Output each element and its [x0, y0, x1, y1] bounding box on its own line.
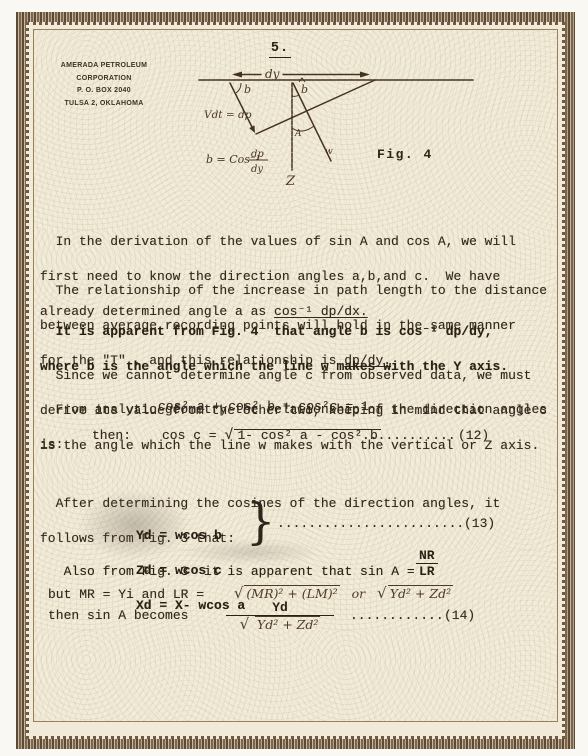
angle-b-right-arc [292, 95, 299, 96]
paragraph-3-line-1: It is apparent from Fig. 4 that angle b … [40, 326, 508, 338]
eq14-number: (14) [444, 610, 475, 622]
angle-b-right-label: b [301, 83, 308, 96]
w-line-label: w [325, 147, 333, 157]
handwritten-radical-1: √(MR)² + (LM)² [234, 588, 340, 600]
wavefront-line [256, 80, 375, 134]
dy-label: dy [265, 67, 280, 81]
eq12-lhs: cos c = [162, 430, 224, 442]
paragraph-2-line-1: The relationship of the increase in path… [40, 285, 547, 297]
radical-sign: √ [224, 430, 233, 442]
angle-b-left-arc [236, 83, 241, 93]
also-from-fig3-line: Also from Fig. 3 it is apparent that sin… [48, 566, 415, 578]
eq13-brace: } [246, 497, 275, 545]
angle-A-label: A [294, 129, 302, 139]
radical-1-content: (MR)² + (LM)² [244, 585, 339, 601]
eq14-denominator-content: Yd² + Zd² [255, 616, 320, 632]
eq14-denominator: √ Yd² + Zd² [226, 616, 334, 632]
eq14-intro-text: then sin A becomes [48, 610, 188, 622]
eq13-line-1: Yd = wcos b [136, 530, 245, 542]
fraction-numerator-NR: NR [416, 549, 438, 564]
eq12-radicand: 1- cos² a - cos² b [234, 429, 380, 442]
eq13-dot-leader: ........................ [277, 518, 464, 530]
company-name: AMERADA PETROLEUM CORPORATION [36, 60, 172, 85]
company-letterhead: AMERADA PETROLEUM CORPORATION P. O. BOX … [36, 60, 172, 110]
dy-right-arrowhead [360, 72, 370, 78]
page-number: 5. [260, 41, 300, 56]
company-po-box: P. O. BOX 2040 [36, 85, 172, 98]
eq14-dot-leader: ............ [350, 610, 444, 622]
mr-lr-typed-text: but MR = Yi and LR = [48, 589, 212, 601]
z-axis-label: Z [285, 174, 296, 189]
fraction-denominator-LR: LR [416, 564, 438, 578]
eq12-number: (12) [458, 430, 489, 442]
mr-lr-line: but MR = Yi and LR = √(MR)² + (LM)² or √… [48, 588, 453, 601]
page-number-text: 5. [269, 41, 291, 58]
figure-4-diagram: dy b Vdt = dp b w A Z b = Cos⁻¹ dp dy [195, 62, 485, 192]
vdt-dp-label: Vdt = dp [204, 109, 252, 121]
eq13-number: (13) [464, 518, 495, 530]
fig-equation-numerator: dp [251, 149, 264, 160]
fig-equation-denominator: dy [251, 164, 263, 175]
eq12-expression: cos c = √1- cos² a - cos² b [162, 429, 381, 442]
nr-lr-fraction: NR LR [416, 549, 438, 578]
handwritten-or: or [352, 588, 366, 600]
dy-left-arrowhead [232, 72, 242, 78]
eq12-dot-leader: ............ [362, 430, 456, 442]
eq14-fraction: Yd √ Yd² + Zd² [226, 601, 334, 632]
radical-sign: √ [240, 615, 254, 633]
angle-b-left-label: b [244, 83, 251, 96]
handwritten-radical-2: √Yd² + Zd² [377, 588, 453, 600]
scanned-document-page: 5. AMERADA PETROLEUM CORPORATION P. O. B… [0, 0, 588, 756]
company-city: TULSA 2, OKLAHOMA [36, 98, 172, 111]
figure-4-caption: Fig. 4 [377, 147, 433, 162]
radical-sign: √ [377, 584, 387, 602]
eq14-numerator-Yd: Yd [226, 601, 334, 616]
content-layer: 5. AMERADA PETROLEUM CORPORATION P. O. B… [0, 0, 588, 756]
direction-cosine-identity: cos² a + cos² b + cos²c = 1 [158, 401, 369, 413]
radical-sign: √ [234, 584, 244, 602]
paragraph-1-line-1: In the derivation of the values of sin A… [40, 236, 516, 248]
eq12-then-label: then: [92, 430, 131, 442]
radical-2-content: Yd² + Zd² [388, 585, 453, 601]
